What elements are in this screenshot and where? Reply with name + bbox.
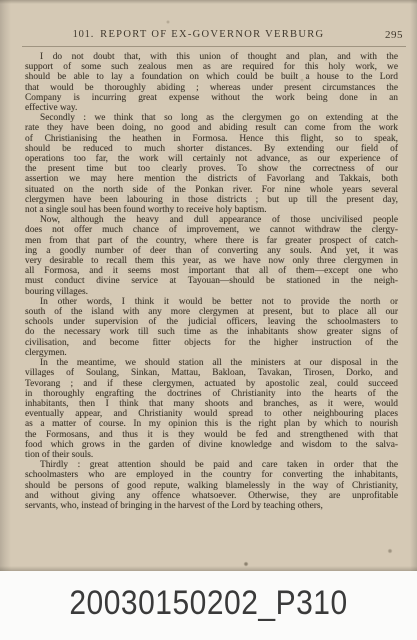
text-line: schools under supervision of the judicia… (25, 317, 398, 327)
text-line: as a matter of course. In my opinion thi… (25, 419, 398, 429)
text-line: In the meantime, we should station all t… (25, 358, 398, 368)
paragraph: Now, although the heavy and dull appeara… (25, 215, 398, 297)
page-body: I do not doubt that, with this union of … (25, 52, 398, 511)
text-line: very desirable to recall them this year,… (25, 256, 398, 266)
text-line: eventually appear, and Christianity woul… (25, 409, 398, 419)
text-line: all Formosa, and it seems most important… (25, 266, 398, 276)
text-line: rate they have been doing, no good and a… (25, 123, 398, 133)
section-number: 101. (73, 29, 95, 40)
text-line: ing a goodly number of deer than of conv… (25, 246, 398, 256)
text-line: effective way. (25, 103, 398, 113)
text-line: and without giving any offence whatsoeve… (25, 491, 398, 501)
text-line: men from that part of the country, where… (25, 236, 398, 246)
paragraph: I do not doubt that, with this union of … (25, 52, 398, 113)
paragraph: Thirdly : great attention should be paid… (25, 460, 398, 511)
text-line: villages of Soulang, Sinkan, Mattau, Bak… (25, 368, 398, 378)
text-line: that would be thoroughly abiding ; where… (25, 83, 398, 93)
text-line: Company is incurring great expense witho… (25, 93, 398, 103)
scanned-page-viewport: 101.REPORT OF EX-GOVERNOR VERBURG 295 I … (0, 0, 417, 640)
header-title: REPORT OF EX-GOVERNOR VERBURG (100, 29, 324, 40)
page-number: 295 (385, 29, 403, 41)
paragraph: In other words, I think it would be bett… (25, 297, 398, 358)
text-line: civilisation, and become fitter objects … (25, 338, 398, 348)
scan-label-bar: 20030150202_P310 (0, 571, 417, 640)
text-line: support of some such zealous men as are … (25, 62, 398, 72)
text-line: tion of their souls. (25, 450, 398, 460)
paragraph: Secondly : we think that so long as the … (25, 113, 398, 215)
text-line: the Formosans, and thus it is they would… (25, 430, 398, 440)
text-line: bouring villages. (25, 287, 398, 297)
text-line: assertion we may here mention the distri… (25, 174, 398, 184)
text-line: clergymen have been labouring in those d… (25, 195, 398, 205)
text-line: Now, although the heavy and dull appeara… (25, 215, 398, 225)
text-line: situated on the north side of the Ponkan… (25, 185, 398, 195)
header-rule (22, 46, 406, 47)
text-line: not a single soul has been found worthy … (25, 205, 398, 215)
text-line: servants, who, instead of bringing in th… (25, 501, 398, 511)
text-line: schoolmasters who are employed in the co… (25, 470, 398, 480)
text-line: must conduct divine service at Tayouan—s… (25, 276, 398, 286)
text-line: Secondly : we think that so long as the … (25, 113, 398, 123)
text-line: in thoroughly engrafting the doctrines o… (25, 389, 398, 399)
text-line: should be persons of good repute, walkin… (25, 481, 398, 491)
text-line: In other words, I think it would be bett… (25, 297, 398, 307)
text-line: Tevorang ; and if these clergymen, actua… (25, 379, 398, 389)
text-line: clergymen. (25, 348, 398, 358)
text-line: south of the island with any more clergy… (25, 307, 398, 317)
book-page: 101.REPORT OF EX-GOVERNOR VERBURG 295 I … (0, 0, 417, 571)
paragraph: In the meantime, we should station all t… (25, 358, 398, 460)
text-line: should be reduced to much shorter distan… (25, 144, 398, 154)
scan-id-label: 20030150202_P310 (69, 584, 347, 622)
text-line: operations too far, the work will certai… (25, 154, 398, 164)
text-line: should be able to lay a foundation on wh… (25, 72, 398, 82)
text-line: Thirdly : great attention should be paid… (25, 460, 398, 470)
text-line: do the necessary work till such time as … (25, 327, 398, 337)
text-line: I do not doubt that, with this union of … (25, 52, 398, 62)
text-line: of Christianising the heathen in Formosa… (25, 134, 398, 144)
text-line: inhabitants, then I think that many shoo… (25, 399, 398, 409)
text-line: food which grows in the garden of divine… (25, 440, 398, 450)
running-header: 101.REPORT OF EX-GOVERNOR VERBURG 295 (24, 29, 403, 44)
text-line: does not offer much chance of improvemen… (25, 225, 398, 235)
text-line: the present time but too clearly proves.… (25, 164, 398, 174)
